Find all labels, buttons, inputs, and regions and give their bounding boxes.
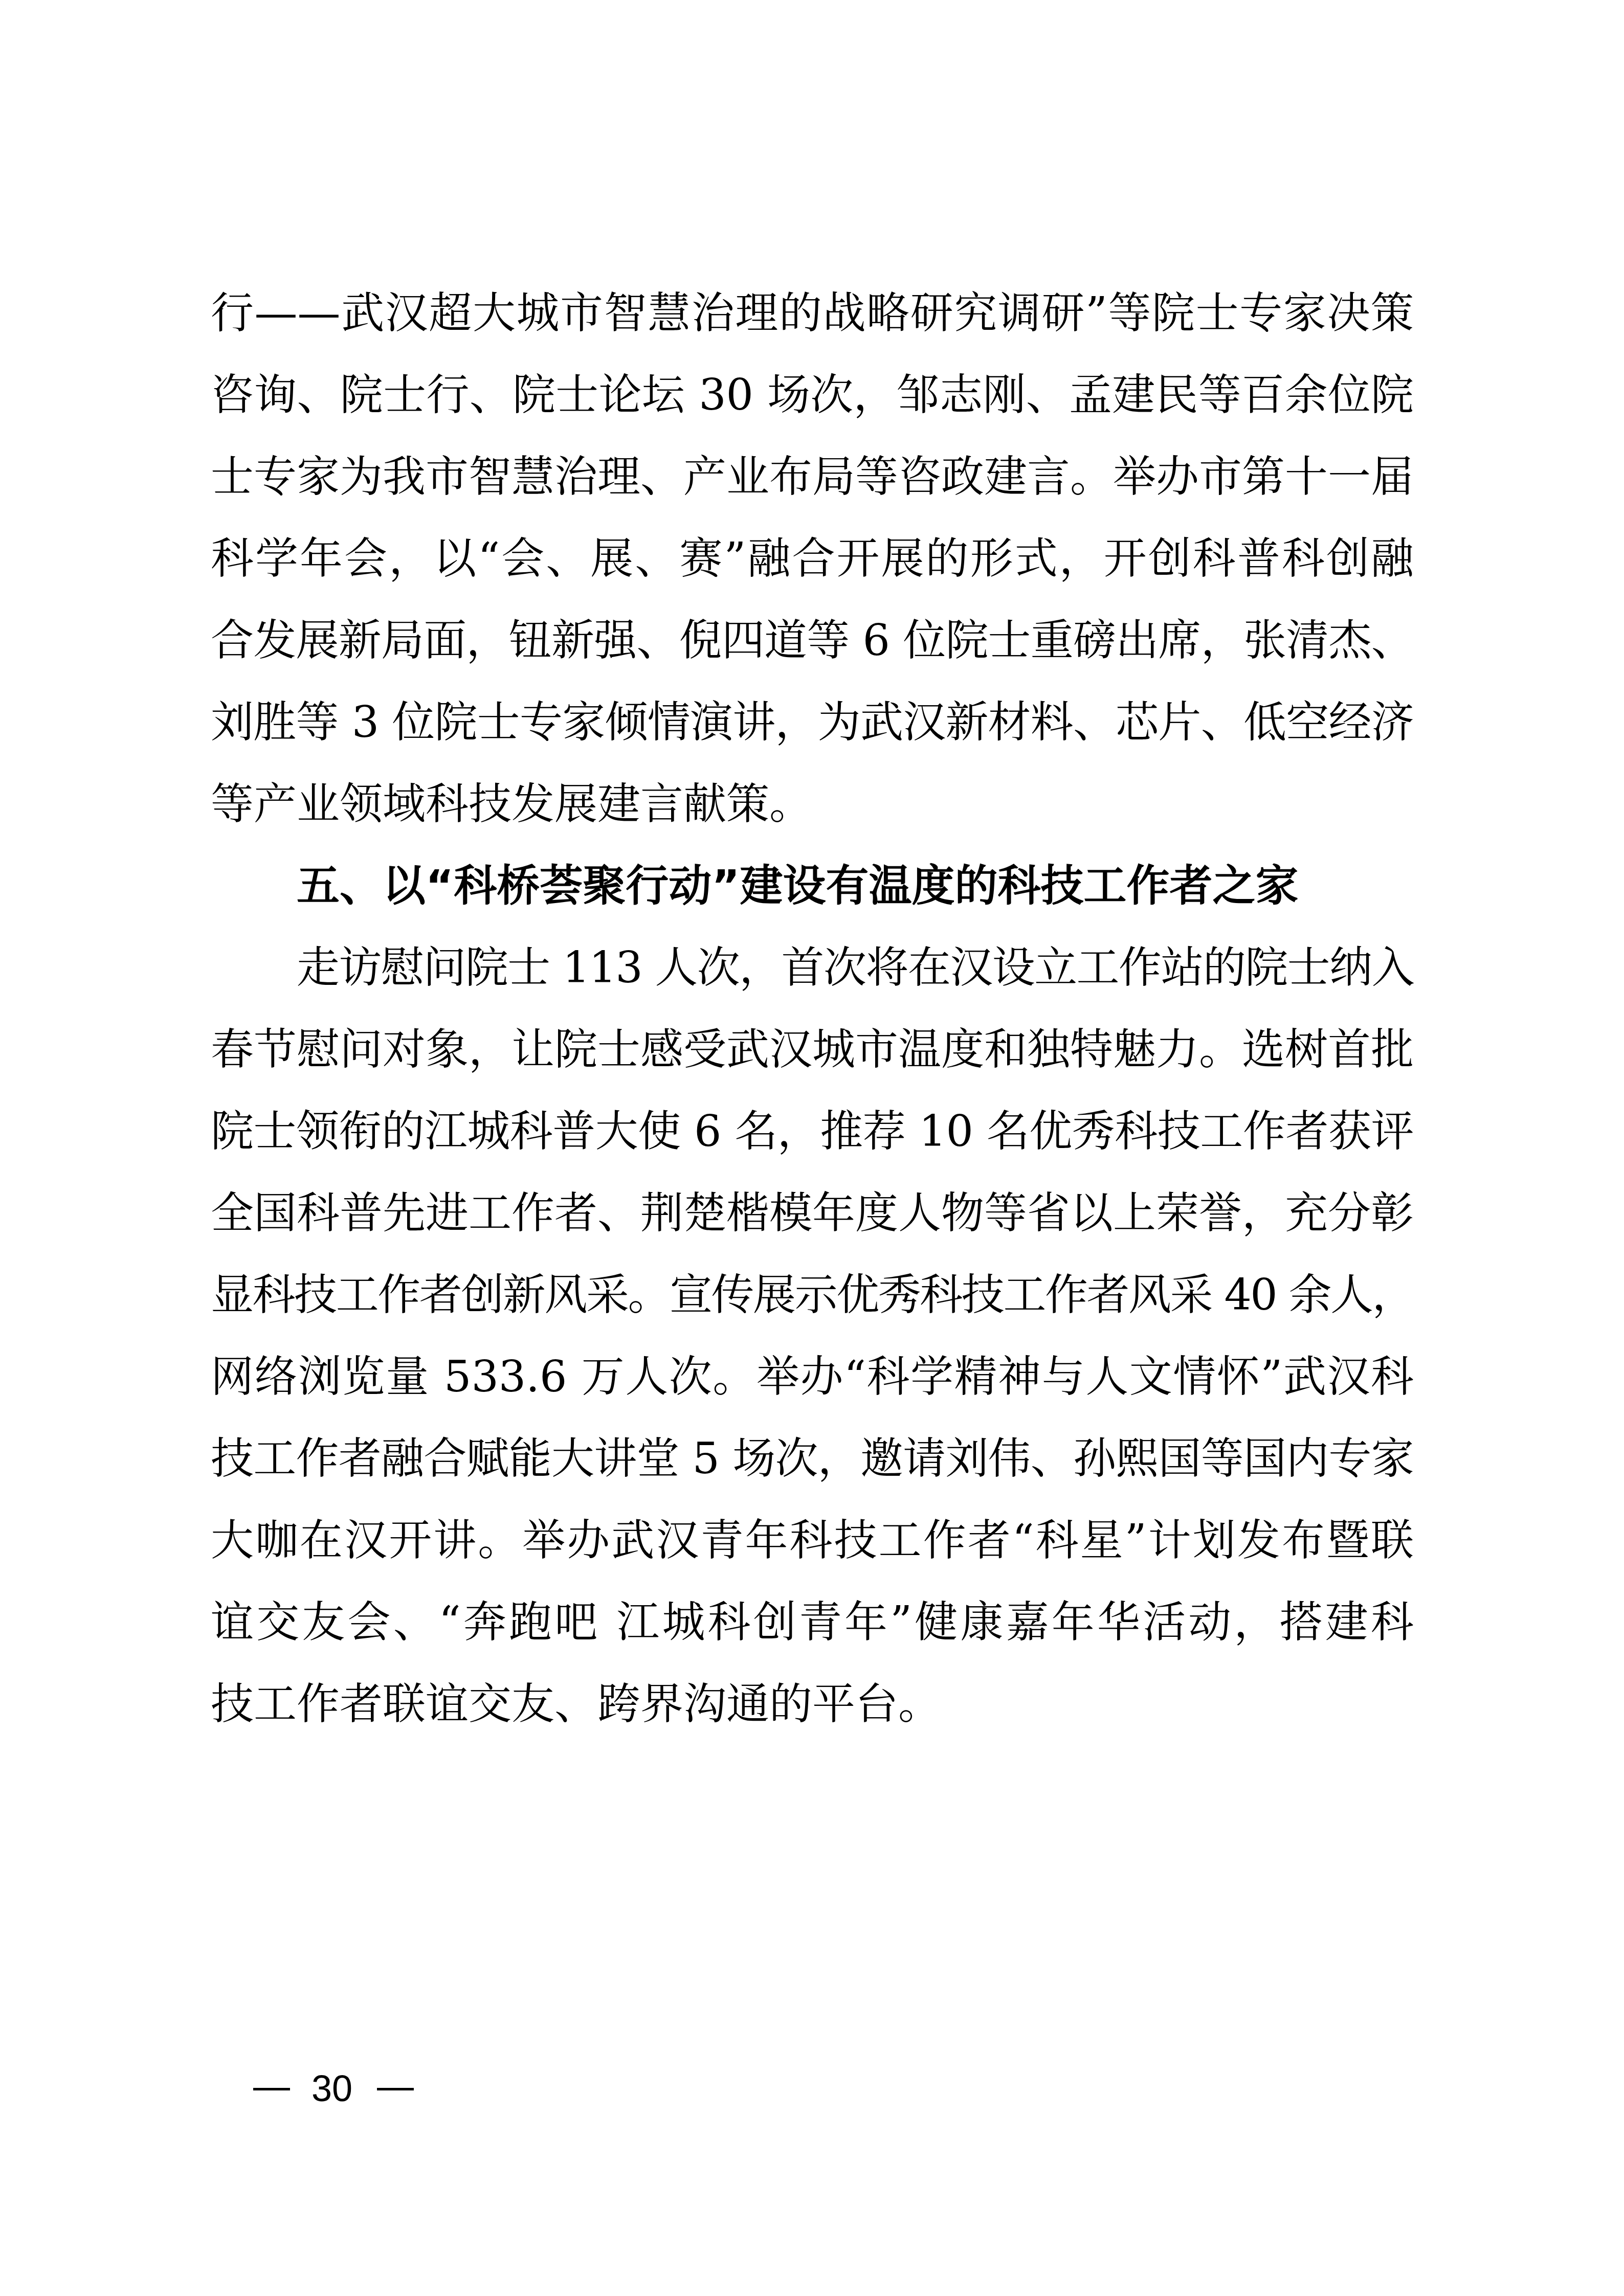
text-line: 全国科普先进工作者、荆楚楷模年度人物等省以上荣誉，充分彰	[211, 1172, 1414, 1254]
page-footer: 30	[253, 2066, 414, 2112]
text-line: 刘胜等 3 位院士专家倾情演讲，为武汉新材料、芯片、低空经济	[211, 681, 1414, 763]
text-line: 士专家为我市智慧治理、产业布局等咨政建言。举办市第十一届	[211, 436, 1414, 517]
text-line: 走访慰问院士 113 人次，首次将在汉设立工作站的院士纳入	[211, 927, 1414, 1008]
text-line: 咨询、院士行、院士论坛 30 场次，邹志刚、孟建民等百余位院	[211, 354, 1414, 436]
page-number: 30	[312, 2066, 352, 2112]
text-line: 春节慰问对象，让院士感受武汉城市温度和独特魅力。选树首批	[211, 1008, 1414, 1090]
footer-dash-left	[253, 2088, 290, 2090]
paragraph-home-for-sci-tech-workers: 走访慰问院士 113 人次，首次将在汉设立工作站的院士纳入 春节慰问对象，让院士…	[211, 927, 1414, 1745]
text-line: 等产业领域科技发展建言献策。	[211, 763, 1414, 845]
page-content: 行——武汉超大城市智慧治理的战略研究调研”等院士专家决策 咨询、院士行、院士论坛…	[211, 272, 1414, 1745]
footer-dash-right	[377, 2088, 414, 2090]
text-line: 技工作者联谊交友、跨界沟通的平台。	[211, 1663, 1414, 1745]
text-line: 大咖在汉开讲。举办武汉青年科技工作者“科星”计划发布暨联	[211, 1499, 1414, 1581]
text-line: 科学年会，以“会、展、赛”融合开展的形式，开创科普科创融	[211, 517, 1414, 599]
text-line: 合发展新局面，钮新强、倪四道等 6 位院士重磅出席，张清杰、	[211, 599, 1414, 681]
paragraph-advisory-activities: 行——武汉超大城市智慧治理的战略研究调研”等院士专家决策 咨询、院士行、院士论坛…	[211, 272, 1414, 845]
text-line: 技工作者融合赋能大讲堂 5 场次，邀请刘伟、孙熙国等国内专家	[211, 1417, 1414, 1499]
section-heading: 五、以“科桥荟聚行动”建设有温度的科技工作者之家	[211, 845, 1414, 927]
text-line: 网络浏览量 533.6 万人次。举办“科学精神与人文情怀”武汉科	[211, 1336, 1414, 1417]
text-line: 谊交友会、“奔跑吧 江城科创青年”健康嘉年华活动，搭建科	[211, 1581, 1414, 1663]
text-line: 显科技工作者创新风采。宣传展示优秀科技工作者风采 40 余人，	[211, 1254, 1414, 1336]
text-line: 行——武汉超大城市智慧治理的战略研究调研”等院士专家决策	[211, 272, 1414, 354]
text-line: 院士领衔的江城科普大使 6 名，推荐 10 名优秀科技工作者获评	[211, 1090, 1414, 1172]
document-page: 行——武汉超大城市智慧治理的战略研究调研”等院士专家决策 咨询、院士行、院士论坛…	[0, 0, 1624, 2296]
